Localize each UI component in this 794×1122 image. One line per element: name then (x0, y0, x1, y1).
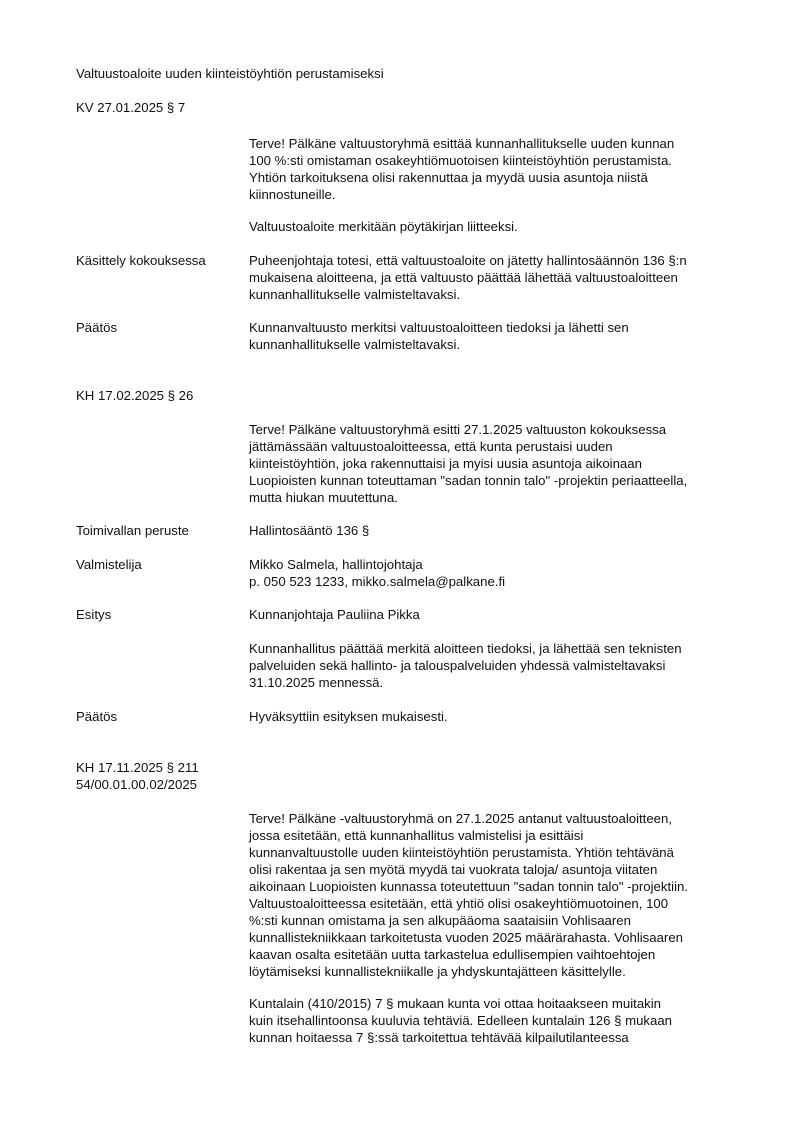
row-label: Valmistelija (76, 556, 142, 573)
row-label: Toimivallan peruste (76, 522, 189, 539)
document-title: Valtuustoaloite uuden kiinteistöyhtiön p… (76, 65, 384, 82)
text-line: löytämiseksi kunnallistekniikalle ja yhd… (249, 963, 749, 980)
text-line: palveluiden sekä hallinto- ja talouspalv… (249, 657, 749, 674)
text-line: Hyväksyttiin esityksen mukaisesti. (249, 708, 749, 725)
row-label: Käsittely kokouksessa (76, 252, 206, 269)
section-intro: Terve! Pälkäne -valtuustoryhmä on 27.1.2… (249, 810, 749, 980)
text-line: olisi rakentaa ja sen myötä myydä tai vu… (249, 861, 749, 878)
text-line: p. 050 523 1233, mikko.salmela@palkane.f… (249, 573, 749, 590)
text-line: kunnanhallitukselle valmisteltavaksi. (249, 336, 749, 353)
text-line: Valtuustoaloitteessa esitetään, että yht… (249, 895, 749, 912)
section-heading: KV 27.01.2025 § 7 (76, 99, 185, 116)
text-line: Kuntalain (410/2015) 7 § mukaan kunta vo… (249, 995, 749, 1012)
text-line: jossa esitetään, että kunnanhallitus val… (249, 827, 749, 844)
row-body: Kunnanvaltuusto merkitsi valtuustoaloitt… (249, 319, 749, 353)
text-line: Puheenjohtaja totesi, että valtuustoaloi… (249, 252, 749, 269)
row-label: Päätös (76, 708, 117, 725)
row-label: Esitys (76, 606, 111, 623)
section-note: Valtuustoaloite merkitään pöytäkirjan li… (249, 218, 749, 235)
row-body: Mikko Salmela, hallintojohtaja p. 050 52… (249, 556, 749, 590)
text-line: Kunnanvaltuusto merkitsi valtuustoaloitt… (249, 319, 749, 336)
text-line: Terve! Pälkäne -valtuustoryhmä on 27.1.2… (249, 810, 749, 827)
text-line: kuin itsehallintoonsa kuuluvia tehtäviä.… (249, 1012, 749, 1029)
section-paragraph: Kuntalain (410/2015) 7 § mukaan kunta vo… (249, 995, 749, 1046)
proposal-text: Kunnanhallitus päättää merkitä aloitteen… (249, 640, 749, 691)
row-label: Päätös (76, 319, 117, 336)
document-page: Valtuustoaloite uuden kiinteistöyhtiön p… (0, 0, 794, 1122)
section-heading: KH 17.02.2025 § 26 (76, 387, 193, 404)
row-body: Puheenjohtaja totesi, että valtuustoaloi… (249, 252, 749, 303)
section-intro: Terve! Pälkäne valtuustoryhmä esitti 27.… (249, 421, 749, 506)
text-line: kunnallistekniikkaan tarkoitetusta vuode… (249, 929, 749, 946)
text-line: Terve! Pälkäne valtuustoryhmä esitti 27.… (249, 421, 749, 438)
row-body: Hyväksyttiin esityksen mukaisesti. (249, 708, 749, 725)
text-line: aikoinaan Luopioisten kunnassa toteutett… (249, 878, 749, 895)
text-line: 31.10.2025 mennessä. (249, 674, 749, 691)
text-line: 100 %:sti omistaman osakeyhtiömuotoisen … (249, 152, 749, 169)
text-line: jättämässään valtuustoaloitteessa, että … (249, 438, 749, 455)
text-line: mutta hiukan muutettuna. (249, 489, 749, 506)
text-line: Mikko Salmela, hallintojohtaja (249, 556, 749, 573)
text-line: kiinteistöyhtiön, joka rakennuttaisi ja … (249, 455, 749, 472)
reference-number: 54/00.01.00.02/2025 (76, 776, 197, 793)
text-line: Terve! Pälkäne valtuustoryhmä esittää ku… (249, 135, 749, 152)
text-line: Luopioisten kunnan toteuttaman "sadan to… (249, 472, 749, 489)
row-body: Hallintosääntö 136 § (249, 522, 749, 539)
section-intro: Terve! Pälkäne valtuustoryhmä esittää ku… (249, 135, 749, 203)
text-line: Kunnanjohtaja Pauliina Pikka (249, 606, 749, 623)
text-line: kunnanvaltuustolle uuden kiinteistöyhtiö… (249, 844, 749, 861)
row-body: Kunnanjohtaja Pauliina Pikka (249, 606, 749, 623)
text-line: Yhtiön tarkoituksena olisi rakennuttaa j… (249, 169, 749, 186)
section-heading: KH 17.11.2025 § 211 (76, 759, 199, 776)
text-line: mukaisena aloitteena, ja että valtuusto … (249, 269, 749, 286)
text-line: kaavan osalta esitetään uutta tarkastelu… (249, 946, 749, 963)
text-line: %:sti kunnan omistama ja sen alkupääoma … (249, 912, 749, 929)
text-line: kiinnostuneille. (249, 186, 749, 203)
text-line: Kunnanhallitus päättää merkitä aloitteen… (249, 640, 749, 657)
text-line: kunnan hoitaessa 7 §:ssä tarkoitettua te… (249, 1029, 749, 1046)
text-line: Hallintosääntö 136 § (249, 522, 749, 539)
text-line: kunnanhallitukselle valmisteltavaksi. (249, 286, 749, 303)
